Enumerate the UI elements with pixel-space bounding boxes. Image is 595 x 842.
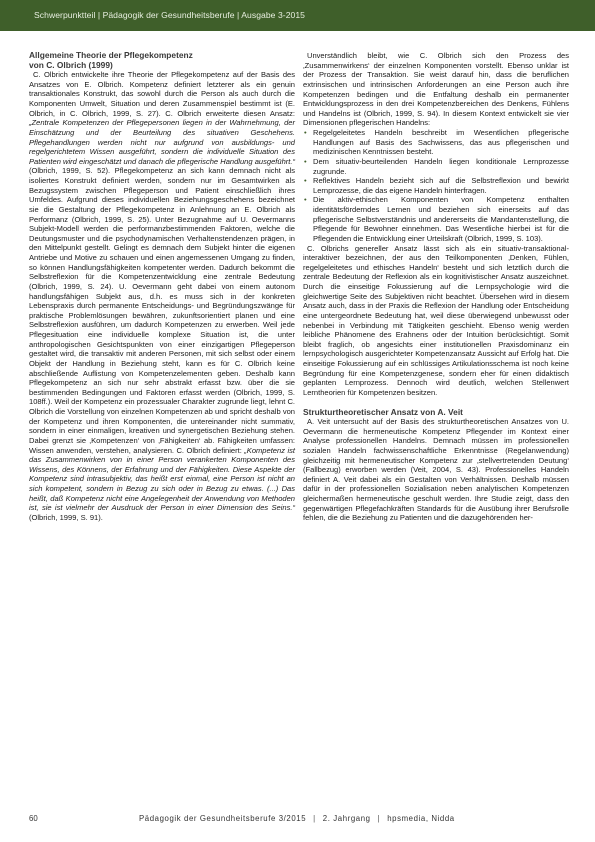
journal-title: Pädagogik der Gesundheitsberufe 3/2015 [139, 814, 306, 823]
list-item: Dem situativ-beurteilenden Handeln liege… [303, 157, 569, 176]
body-paragraph: A. Veit untersucht auf der Basis des str… [303, 417, 569, 523]
left-column: Allgemeine Theorie der Pflegekompetenz v… [29, 51, 295, 523]
citation: (Olbrich, 1999, S. 91). [29, 513, 103, 522]
dimensions-list: Regelgeleitetes Handeln beschreibt im We… [303, 128, 569, 244]
page-number: 60 [29, 814, 38, 823]
heading-line-1: Allgemeine Theorie der Pflegekompetenz [29, 50, 193, 60]
footer-info: Pädagogik der Gesundheitsberufe 3/2015|2… [139, 814, 455, 823]
section-heading-veit: Strukturtheoretischer Ansatz von A. Veit [303, 408, 569, 418]
volume: 2. Jahrgang [323, 814, 371, 823]
footer-separator: | [313, 814, 316, 823]
section-heading-olbrich: Allgemeine Theorie der Pflegekompetenz v… [29, 51, 295, 70]
text-run: (Olbrich, 1999, S. 52). Pflegekompetenz … [29, 166, 295, 454]
page-footer: 60 Pädagogik der Gesundheitsberufe 3/201… [29, 814, 569, 826]
right-column: Unverständlich bleibt, wie C. Olbrich si… [303, 51, 569, 523]
text-run: C. Olbrich entwickelte ihre Theorie der … [29, 70, 295, 118]
list-item: Regelgeleitetes Handeln beschreibt im We… [303, 128, 569, 157]
header-bar: Schwerpunktteil | Pädagogik der Gesundhe… [0, 0, 595, 31]
list-item: Die aktiv-ethischen Komponenten von Komp… [303, 195, 569, 243]
body-paragraph: C. Olbrich entwickelte ihre Theorie der … [29, 70, 295, 522]
body-paragraph: C. Olbrichs genereller Ansatz lässt sich… [303, 244, 569, 398]
quote: „Kompetenz ist das Zusammenwirken von in… [29, 446, 295, 513]
list-item: Reflektives Handeln bezieht sich auf die… [303, 176, 569, 195]
quote: „Zentrale Kompetenzen der Pflegepersonen… [29, 118, 295, 166]
body-paragraph: Unverständlich bleibt, wie C. Olbrich si… [303, 51, 569, 128]
heading-line-2: von C. Olbrich (1999) [29, 60, 113, 70]
running-title: Schwerpunktteil | Pädagogik der Gesundhe… [34, 10, 305, 20]
footer-separator: | [378, 814, 381, 823]
publisher: hpsmedia, Nidda [387, 814, 455, 823]
